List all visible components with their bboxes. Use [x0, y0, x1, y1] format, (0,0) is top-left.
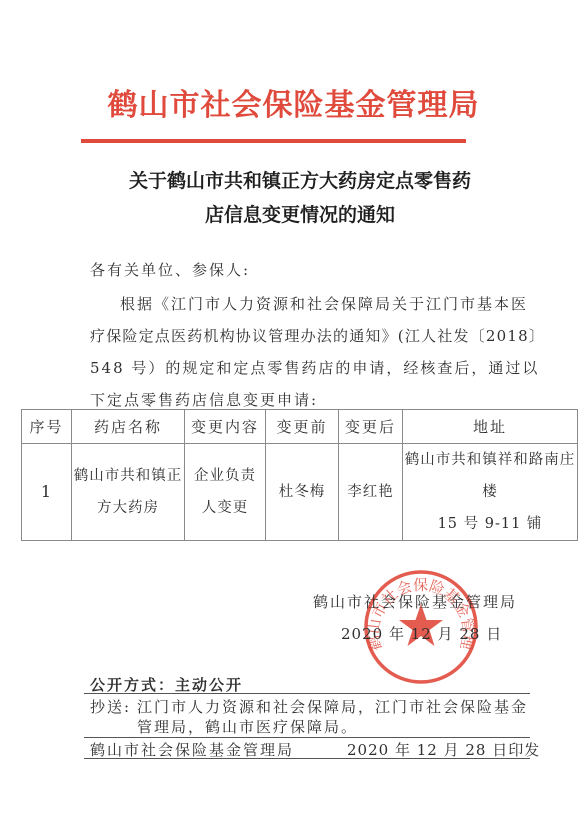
header-pharmacy-name: 药店名称: [72, 410, 185, 444]
change-content-line1: 企业负责: [185, 460, 265, 492]
notice-title-line2: 店信息变更情况的通知: [60, 200, 540, 227]
address-line1: 鹤山市共和镇祥和路南庄楼: [403, 444, 577, 508]
issue-date: 2020 年 12 月 28 日印发: [347, 739, 540, 760]
salutation: 各有关单位、参保人:: [90, 259, 250, 280]
pharmacy-name-line2: 方大药房: [72, 492, 184, 524]
paragraph-line-1: 根据《江门市人力资源和社会保障局关于江门市基本医: [120, 293, 528, 314]
footer-rule-3: [84, 758, 530, 759]
disclosure-method: 公开方式：主动公开: [90, 674, 243, 695]
change-content-line2: 人变更: [185, 492, 265, 524]
header-address: 地址: [403, 410, 578, 444]
paragraph-line-4: 下定点零售药店信息变更申请:: [90, 389, 318, 410]
footer-rule-2: [84, 737, 530, 738]
cc-label: 抄送:: [90, 696, 131, 717]
header-change-content: 变更内容: [185, 410, 266, 444]
cell-no: 1: [22, 444, 72, 541]
cell-address: 鹤山市共和镇祥和路南庄楼 15 号 9-11 铺: [403, 444, 578, 541]
table-row: 1 鹤山市共和镇正 方大药房 企业负责 人变更 杜冬梅 李红艳 鹤山市共和镇祥和…: [22, 444, 578, 541]
cc-line2: 管理局，鹤山市医疗保障局。: [137, 716, 358, 737]
footer-rule-1: [84, 693, 530, 694]
notice-title-line1: 关于鹤山市共和镇正方大药房定点零售药: [60, 166, 540, 193]
paragraph-line-3: 548 号）的规定和定点零售药店的申请，经核查后，通过以: [90, 357, 539, 378]
signature-org: 鹤山市社会保险基金管理局: [313, 591, 517, 612]
org-letterhead-title: 鹤山市社会保险基金管理局: [0, 80, 587, 124]
pharmacy-name-line1: 鹤山市共和镇正: [72, 460, 184, 492]
cell-change-content: 企业负责 人变更: [185, 444, 266, 541]
address-line2: 15 号 9-11 铺: [403, 508, 577, 540]
pharmacy-change-table: 序号 药店名称 变更内容 变更前 变更后 地址 1 鹤山市共和镇正 方大药房 企…: [21, 409, 578, 541]
letterhead-red-rule: [81, 139, 466, 143]
cell-before: 杜冬梅: [266, 444, 339, 541]
header-no: 序号: [22, 410, 72, 444]
issuer: 鹤山市社会保险基金管理局: [90, 739, 294, 760]
paragraph-line-2: 疗保险定点医药机构协议管理办法的通知》(江人社发〔2018〕: [90, 325, 545, 346]
cell-pharmacy-name: 鹤山市共和镇正 方大药房: [72, 444, 185, 541]
signature-date: 2020 年 12 月 28 日: [341, 623, 502, 644]
header-after: 变更后: [339, 410, 403, 444]
table-header-row: 序号 药店名称 变更内容 变更前 变更后 地址: [22, 410, 578, 444]
header-before: 变更前: [266, 410, 339, 444]
cc-line1: 江门市人力资源和社会保障局，江门市社会保险基金: [137, 696, 528, 717]
cell-after: 李红艳: [339, 444, 403, 541]
